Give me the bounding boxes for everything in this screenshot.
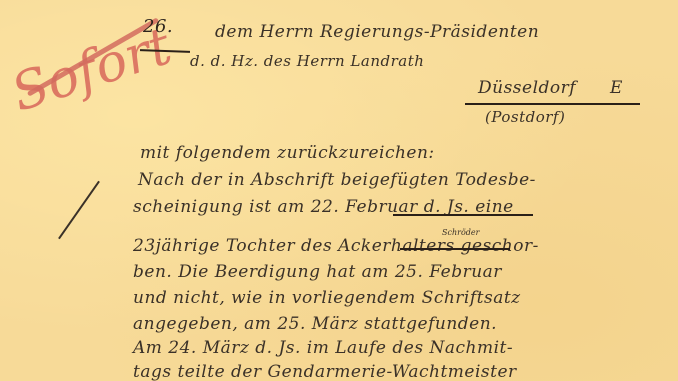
address-line-2: d. d. Hz. des Herrn Landrath — [190, 52, 424, 70]
body-line-2: Nach der in Abschrift beigefügten Todesb… — [138, 170, 536, 190]
body-line-6: und nicht, wie in vorliegendem Schriftsa… — [133, 288, 521, 308]
postal-note: (Postdorf) — [485, 108, 565, 126]
body-line-5: ben. Die Beerdigung hat am 25. Februar — [133, 262, 502, 282]
strikethrough — [400, 248, 510, 250]
body-line-1: mit folgendem zurückzureichen: — [140, 143, 435, 163]
place-underline — [465, 103, 640, 105]
body-line-9: tags teilte der Gendarmerie-Wachtmeister — [133, 362, 517, 381]
body-line-8: Am 24. März d. Js. im Laufe des Nachmit- — [133, 338, 513, 358]
place-name: Düsseldorf — [478, 78, 576, 98]
body-line-4: 23jährige Tochter des Ackerhalters gesch… — [133, 236, 539, 256]
place-suffix: E — [610, 78, 623, 98]
address-line-1: dem Herrn Regierungs-Präsidenten — [215, 22, 539, 42]
body-line-7: angegeben, am 25. März stattgefunden. — [133, 314, 497, 334]
date-underline — [393, 214, 533, 216]
entry-number: 26. — [143, 16, 173, 37]
